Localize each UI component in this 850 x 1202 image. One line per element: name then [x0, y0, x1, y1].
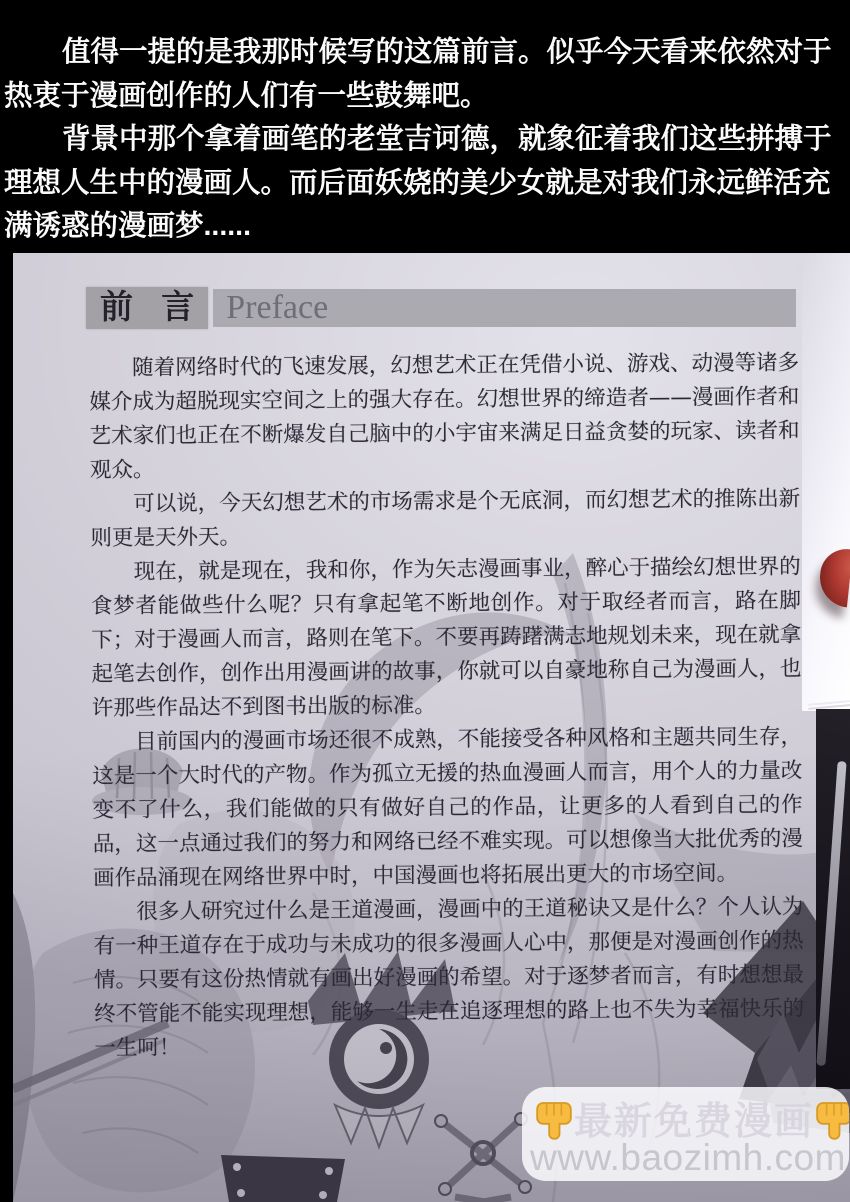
preface-title-cn: 前 言	[86, 287, 208, 329]
preface-title-en: Preface	[213, 289, 796, 327]
preface-paragraph: 现在，就是现在，我和你，作为矢志漫画事业，醉心于描绘幻想世界的食梦者能做些什么呢…	[91, 550, 802, 726]
pointing-down-hand-icon	[814, 1095, 849, 1141]
table-background-strip	[816, 709, 850, 1089]
preface-paragraph: 可以说，今天幻想艺术的市场需求是个无底洞，而幻想艺术的推陈出新则更是天外天。	[90, 482, 801, 556]
pointing-down-hand-icon	[534, 1095, 574, 1141]
watermark-card: 最新免费漫画 www.baozimh.com	[522, 1087, 849, 1181]
preface-body: 随着网络时代的飞速发展，幻想艺术正在凭借小说、游戏、动漫等诸多媒介成为超脱现实空…	[89, 346, 805, 1066]
top-caption: 值得一提的是我那时候写的这篇前言。似乎今天看来依然对于热衷于漫画创作的人们有一些…	[4, 31, 846, 249]
watermark-url: www.baozimh.com	[522, 1137, 849, 1179]
metallic-edge-highlight	[816, 761, 846, 1066]
preface-header: 前 言 Preface	[86, 287, 796, 329]
preface-paragraph: 目前国内的漫画市场还很不成熟，不能接受各种风格和主题共同生存，这是一个大时代的产…	[92, 720, 803, 896]
book-page-photo: 前 言 Preface 随着网络时代的飞速发展，幻想艺术正在凭借小说、游戏、动漫…	[13, 253, 850, 1202]
facing-page-edge	[802, 253, 850, 711]
preface-paragraph: 很多人研究过什么是王道漫画，漫画中的王道秘诀又是什么？个人认为有一种王道存在于成…	[93, 890, 804, 1066]
screenshot-root: 值得一提的是我那时候写的这篇前言。似乎今天看来依然对于热衷于漫画创作的人们有一些…	[0, 0, 850, 1202]
caption-paragraph: 背景中那个拿着画笔的老堂吉诃德，就象征着我们这些拼搏于理想人生中的漫画人。而后面…	[4, 118, 846, 249]
preface-paragraph: 随着网络时代的飞速发展，幻想艺术正在凭借小说、游戏、动漫等诸多媒介成为超脱现实空…	[89, 346, 800, 488]
caption-paragraph: 值得一提的是我那时候写的这篇前言。似乎今天看来依然对于热衷于漫画创作的人们有一些…	[4, 31, 846, 118]
